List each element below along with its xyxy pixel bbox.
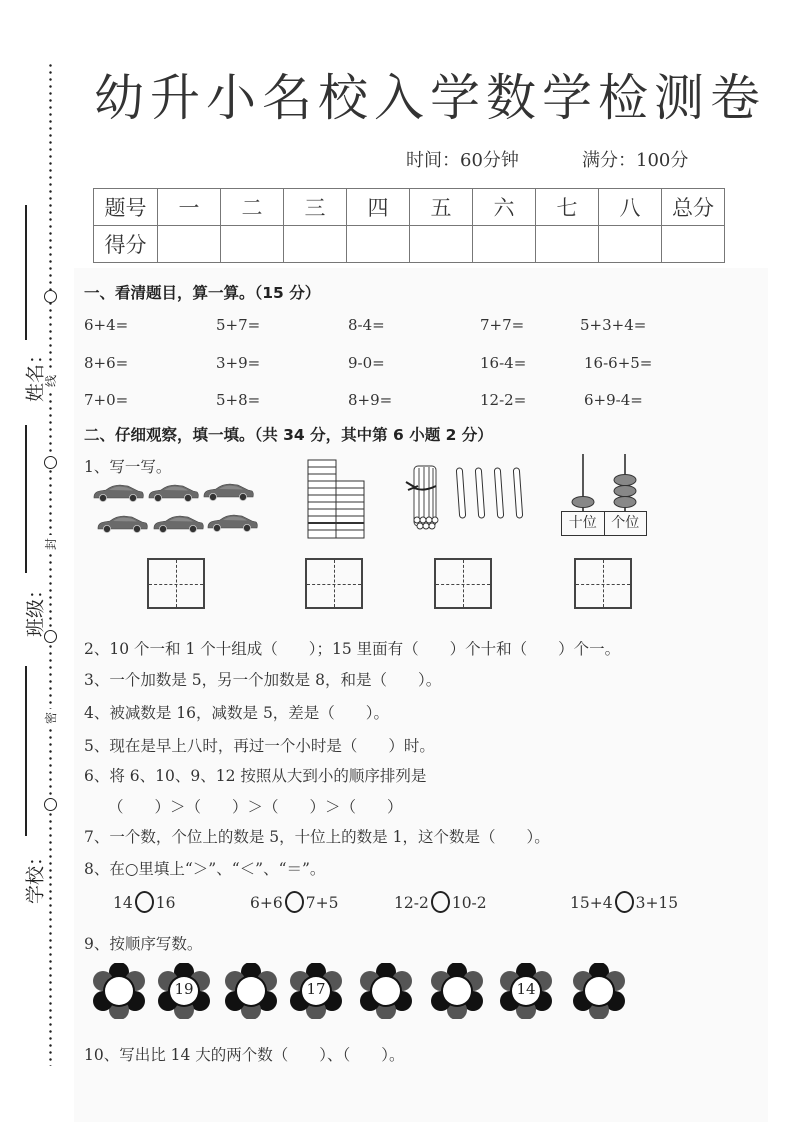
comparison-left: 14 [113, 894, 133, 912]
score-input-cell[interactable] [662, 226, 725, 263]
comparison-item: 15+43+15 [570, 893, 678, 915]
flower-number-slot[interactable] [91, 963, 147, 1019]
flower-number-slot: 14 [498, 963, 554, 1019]
table-cell: 五 [410, 189, 473, 226]
score-table: 题号 一 二 三 四 五 六 七 八 总分 得分 [93, 188, 725, 263]
comparison-right: 7+5 [306, 894, 339, 912]
score-input-cell[interactable] [473, 226, 536, 263]
comparison-left: 6+6 [250, 894, 283, 912]
question-2: 2、10 个一和 1 个十组成（ ）；15 里面有（ ）个十和（ ）个一。 [84, 637, 620, 659]
question-4: 4、被减数是 16，减数是 5，差是（ ）。 [84, 701, 389, 723]
compare-circle-input[interactable] [285, 891, 304, 913]
table-cell: 得分 [94, 226, 158, 263]
question-3: 3、一个加数是 5，另一个加数是 8，和是（ ）。 [84, 668, 441, 690]
equation: 3+9= [216, 354, 260, 372]
abacus-tens-label: 十位 [562, 512, 605, 535]
equation: 16-4= [480, 354, 526, 372]
seal-char-feng: 封 [43, 535, 59, 553]
comparison-left: 15+4 [570, 894, 613, 912]
flower-number-slot[interactable] [571, 963, 627, 1019]
comparison-item: 1416 [113, 893, 175, 915]
blocks-illustration [306, 458, 368, 540]
flower-number-slot: 17 [288, 963, 344, 1019]
equation: 9-0= [348, 354, 385, 372]
equation: 8+6= [84, 354, 128, 372]
seal-char-mi: 密 [43, 709, 59, 727]
table-cell: 三 [284, 189, 347, 226]
question-6: 6、将 6、10、9、12 按照从大到小的顺序排列是 [84, 764, 426, 786]
equation: 8-4= [348, 316, 385, 334]
abacus-rods-icon [561, 452, 647, 512]
name-label: 姓名： [21, 344, 48, 404]
table-cell: 一 [158, 189, 221, 226]
table-cell: 二 [221, 189, 284, 226]
school-label: 学校： [21, 846, 48, 906]
score-input-cell[interactable] [284, 226, 347, 263]
equation: 5+8= [216, 391, 260, 409]
score-input-cell[interactable] [599, 226, 662, 263]
score-input-cell[interactable] [158, 226, 221, 263]
equation: 16-6+5= [584, 354, 652, 372]
equation: 5+7= [216, 316, 260, 334]
table-cell: 七 [536, 189, 599, 226]
equation: 6+9-4= [584, 391, 643, 409]
score-table-score-row: 得分 [94, 226, 725, 263]
question-6-answer-blanks[interactable]: （ ）＞（ ）＞（ ）＞（ ） [108, 795, 403, 817]
score-input-cell[interactable] [347, 226, 410, 263]
flower-number-slot: 19 [156, 963, 212, 1019]
full-score: 满分：100分 [582, 146, 688, 172]
school-input-line[interactable] [25, 666, 27, 836]
flower-number-slot[interactable] [358, 963, 414, 1019]
compare-circle-input[interactable] [431, 891, 450, 913]
equation: 5+3+4= [580, 316, 646, 334]
binding-hole-icon [44, 798, 57, 811]
abacus-base: 十位 个位 [561, 511, 647, 536]
dotted-cut-line [49, 62, 52, 1066]
comparison-left: 12-2 [394, 894, 429, 912]
question-1-label: 1、写一写。 [84, 455, 171, 477]
flower-number-slot[interactable] [429, 963, 485, 1019]
table-cell: 总分 [662, 189, 725, 226]
class-label: 班级： [21, 579, 48, 639]
table-cell: 八 [599, 189, 662, 226]
exam-time: 时间：60分钟 [406, 146, 519, 172]
equation: 6+4= [84, 316, 128, 334]
page-title: 幼升小名校入学数学检测卷 [94, 58, 734, 130]
answer-grid-box[interactable] [434, 558, 492, 609]
flower-number-slot[interactable] [223, 963, 279, 1019]
question-10: 10、写出比 14 大的两个数（ ）、（ ）。 [84, 1043, 405, 1065]
score-table-header-row: 题号 一 二 三 四 五 六 七 八 总分 [94, 189, 725, 226]
table-cell: 题号 [94, 189, 158, 226]
comparison-item: 12-210-2 [394, 893, 487, 915]
class-input-line[interactable] [25, 425, 27, 573]
equation: 7+0= [84, 391, 128, 409]
compare-circle-input[interactable] [135, 891, 154, 913]
cars-illustration [92, 480, 262, 540]
comparison-right: 3+15 [636, 894, 679, 912]
counting-sticks-illustration [402, 462, 532, 537]
binding-hole-icon [44, 290, 57, 303]
question-7: 7、一个数，个位上的数是 5，十位上的数是 1，这个数是（ ）。 [84, 825, 550, 847]
answer-grid-box[interactable] [305, 558, 363, 609]
equation: 12-2= [480, 391, 526, 409]
abacus-illustration: 十位 个位 [561, 452, 647, 537]
comparison-item: 6+67+5 [250, 893, 338, 915]
question-9: 9、按顺序写数。 [84, 932, 202, 954]
equation: 7+7= [480, 316, 524, 334]
score-input-cell[interactable] [221, 226, 284, 263]
score-input-cell[interactable] [536, 226, 599, 263]
question-5: 5、现在是早上八时，再过一个小时是（ ）时。 [84, 734, 435, 756]
section-1-title: 一、看清题目，算一算。（15 分） [84, 281, 320, 303]
table-cell: 六 [473, 189, 536, 226]
equation: 8+9= [348, 391, 392, 409]
binding-hole-icon [44, 456, 57, 469]
score-input-cell[interactable] [410, 226, 473, 263]
answer-grid-box[interactable] [574, 558, 632, 609]
comparison-right: 10-2 [452, 894, 487, 912]
question-8: 8、在○里填上“＞”、“＜”、“＝”。 [84, 857, 325, 879]
compare-circle-input[interactable] [615, 891, 634, 913]
name-input-line[interactable] [25, 205, 27, 340]
comparison-right: 16 [156, 894, 176, 912]
section-2-title: 二、仔细观察，填一填。（共 34 分，其中第 6 小题 2 分） [84, 423, 493, 445]
table-cell: 四 [347, 189, 410, 226]
answer-grid-box[interactable] [147, 558, 205, 609]
abacus-ones-label: 个位 [605, 512, 647, 535]
